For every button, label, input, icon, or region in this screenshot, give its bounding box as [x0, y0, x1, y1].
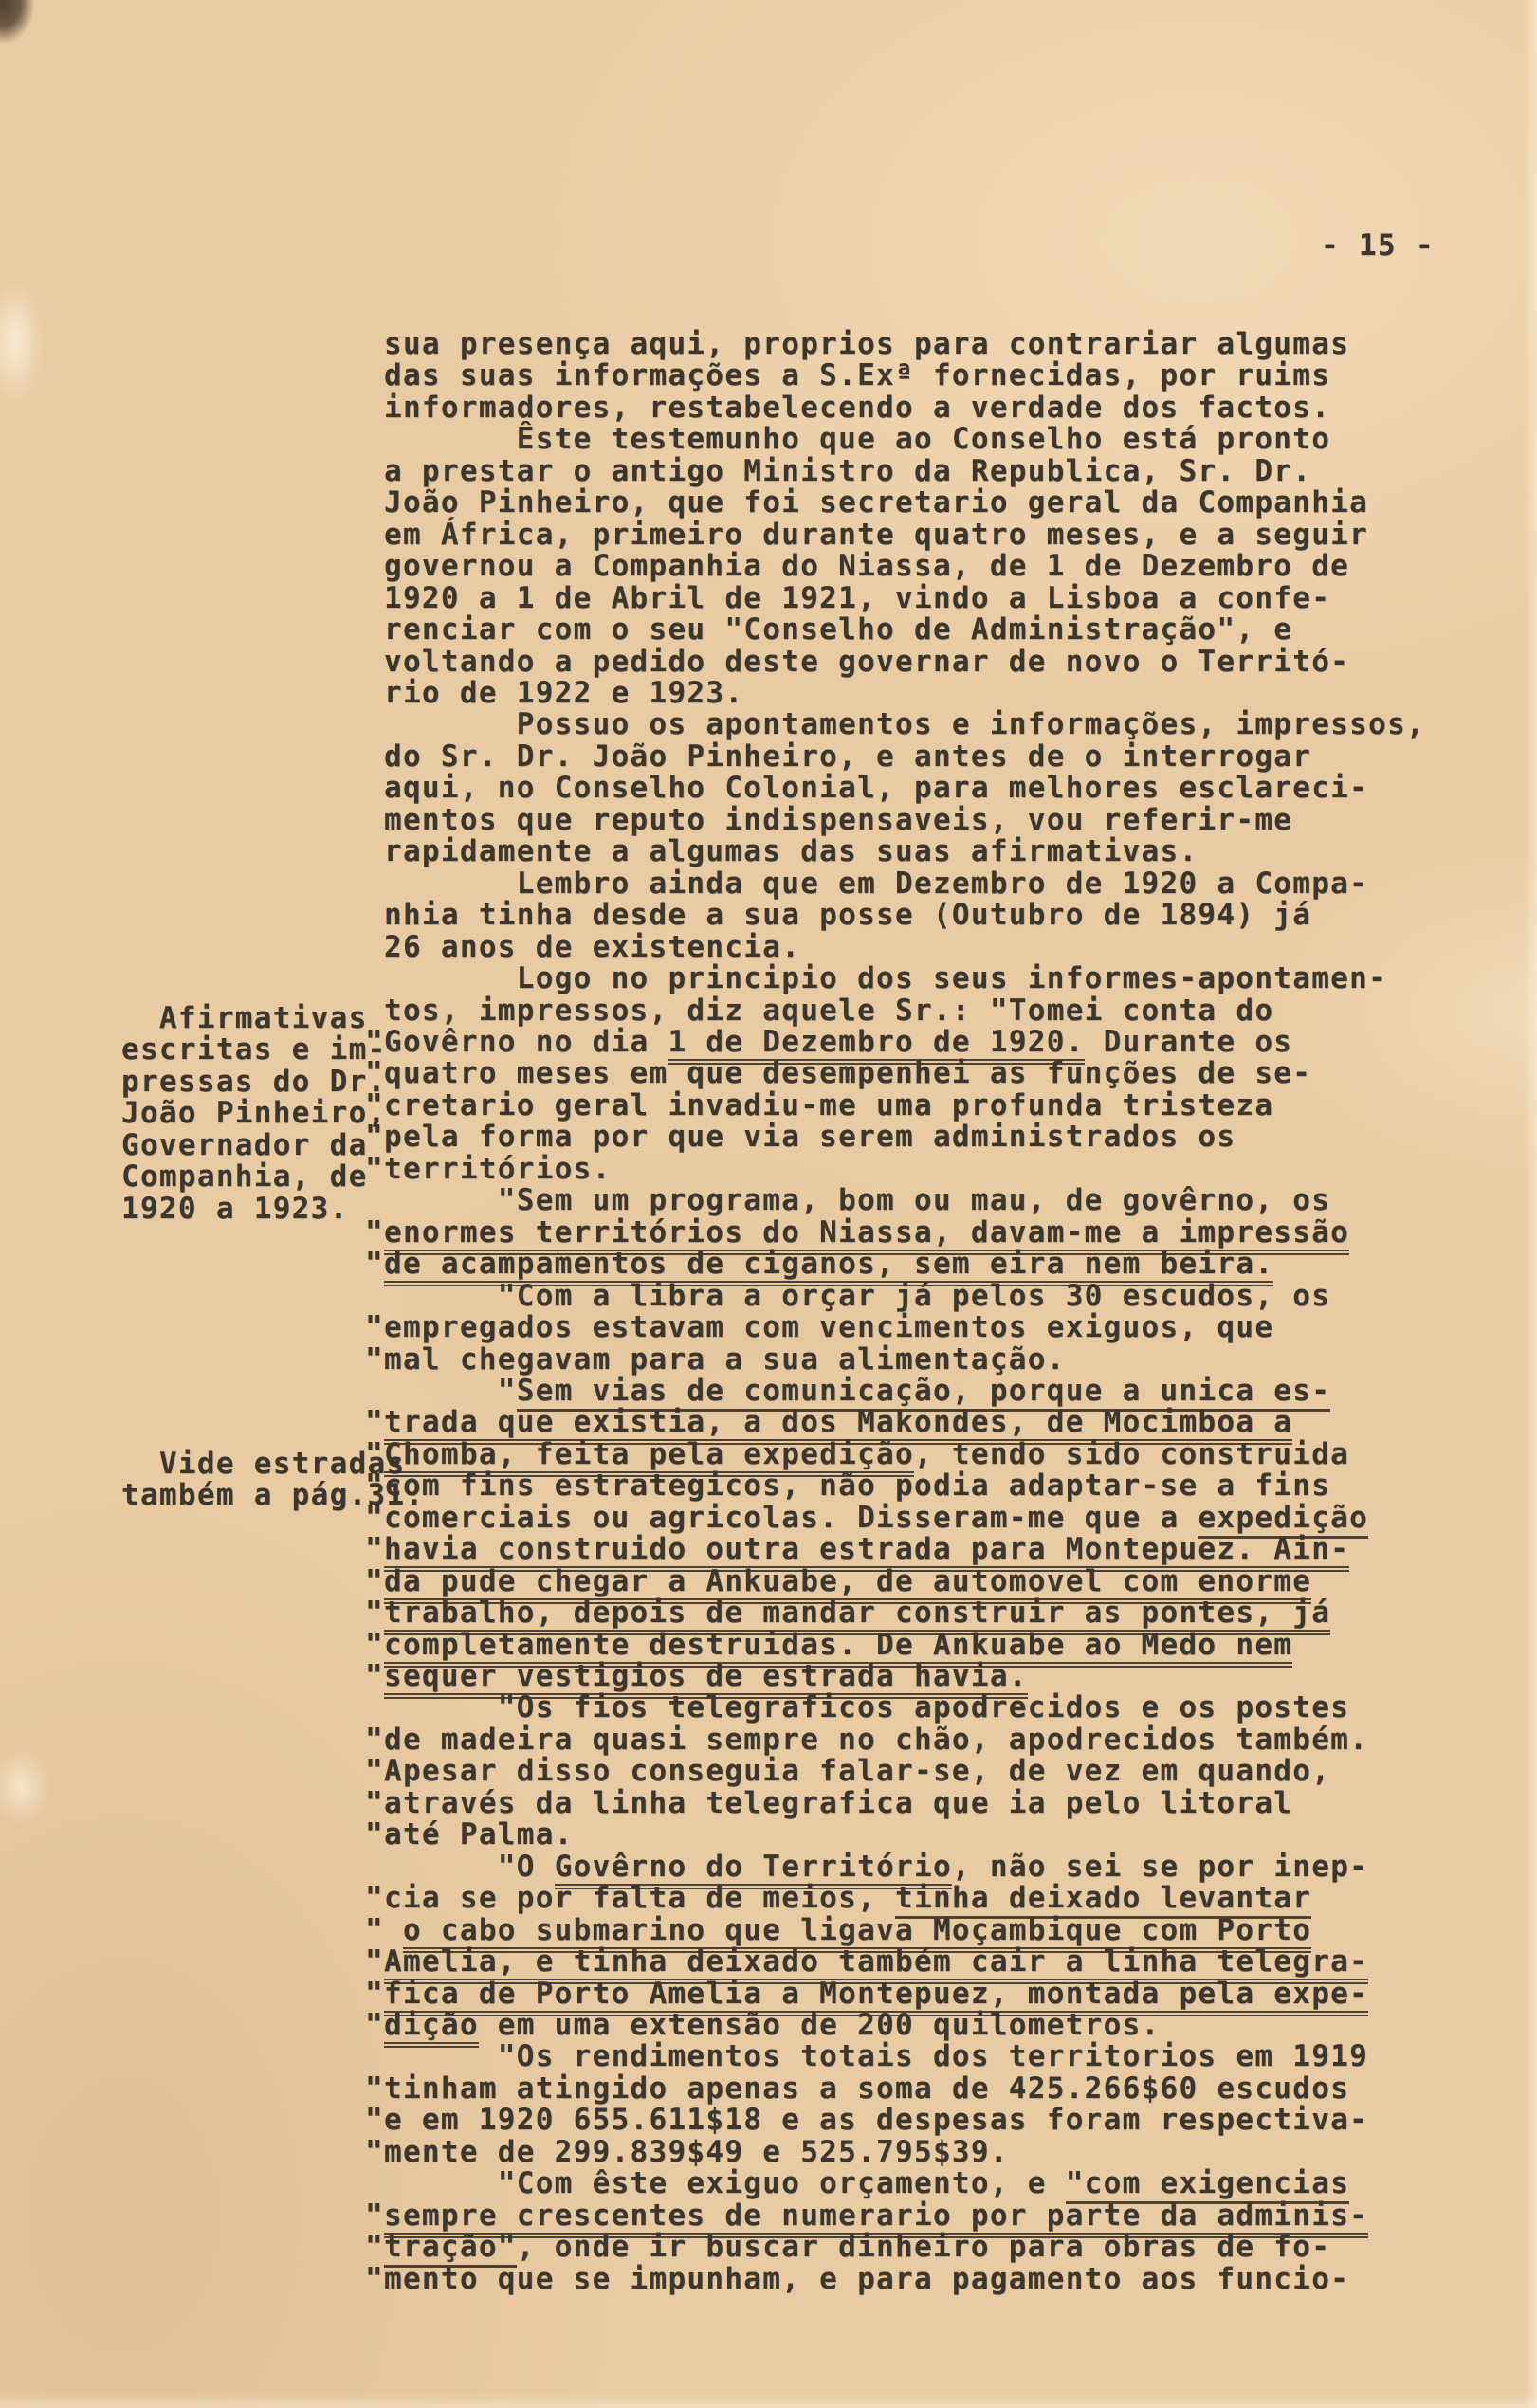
margin-note-line: João Pinheiro,: [121, 1098, 387, 1129]
hanging-quote-mark: ": [365, 1312, 384, 1343]
paper-stain-bottom-left: [0, 1749, 51, 1825]
hanging-quote-mark: ": [365, 1756, 384, 1787]
hanging-quote-mark: ": [365, 1597, 384, 1629]
paper-edge-right: [1524, 0, 1537, 2408]
text-line: "dição em uma extensão de 200 quilometro…: [384, 2010, 1425, 2041]
text-line: "com fins estrategicos, não podia adapta…: [384, 1470, 1425, 1502]
text-line: do Sr. Dr. João Pinheiro, e antes de o i…: [384, 741, 1425, 773]
hanging-quote-mark: ": [365, 1883, 384, 1914]
text-line: "territórios.: [384, 1154, 1425, 1185]
text-line: nhia tinha desde a sua posse (Outubro de…: [384, 900, 1425, 931]
margin-note-line: Companhia, de: [121, 1161, 387, 1193]
hanging-quote-mark: ": [365, 1439, 384, 1470]
text-line: "tinham atingido apenas a soma de 425.26…: [384, 2073, 1425, 2105]
hanging-quote-mark: ": [365, 1122, 384, 1153]
text-line: "fica de Porto Amelia a Montepuez, monta…: [384, 1979, 1425, 2010]
hanging-quote-mark: ": [365, 1534, 384, 1565]
text-line: "tração", onde ir buscar dinheiro para o…: [384, 2232, 1425, 2263]
text-line: "mente de 299.839$49 e 525.795$39.: [384, 2137, 1425, 2168]
hanging-quote-mark: ": [365, 2200, 384, 2232]
text-line: Êste testemunho que ao Conselho está pro…: [384, 424, 1425, 455]
hanging-quote-mark: ": [365, 2105, 384, 2136]
hanging-quote-mark: ": [365, 1407, 384, 1438]
hanging-quote-mark: ": [365, 1154, 384, 1185]
text-line: João Pinheiro, que foi secretario geral …: [384, 487, 1425, 519]
text-line: "enormes territórios do Niassa, davam-me…: [384, 1217, 1425, 1249]
text-line: "quatro meses em que desempenhei as funç…: [384, 1058, 1425, 1089]
text-line: "Sem vias de comunicação, porque a unica…: [384, 1376, 1425, 1407]
text-line: "cretario geral invadiu-me uma profunda …: [384, 1090, 1425, 1122]
text-line: mentos que reputo indispensaveis, vou re…: [384, 805, 1425, 836]
margin-note-line: Afirmativas: [121, 1003, 387, 1034]
margin-note-line: escritas e im-: [121, 1034, 387, 1066]
paper-edge-bottom: [0, 2393, 1537, 2408]
text-line: "empregados estavam com vencimentos exig…: [384, 1312, 1425, 1343]
text-line: "Chomba, feita pela expedição, tendo sid…: [384, 1439, 1425, 1470]
hanging-quote-mark: ": [365, 1027, 384, 1058]
margin-note-line: 1920 a 1923.: [121, 1194, 387, 1225]
hanging-quote-mark: ": [365, 1344, 384, 1376]
text-line: "trada que existia, a dos Makondes, de M…: [384, 1407, 1425, 1438]
text-line: Lembro ainda que em Dezembro de 1920 a C…: [384, 868, 1425, 900]
hanging-quote-mark: ": [365, 1503, 384, 1534]
margin-note-affirmations: Afirmativasescritas e im-pressas do Dr.J…: [121, 1003, 387, 1225]
hanging-quote-mark: ": [365, 2073, 384, 2105]
text-line: "mento que se impunham, e para pagamento…: [384, 2264, 1425, 2295]
margin-note-line: pressas do Dr.: [121, 1067, 387, 1098]
hanging-quote-mark: ": [365, 1217, 384, 1249]
hanging-quote-mark: ": [365, 1058, 384, 1089]
text-line: voltando a pedido deste governar de novo…: [384, 647, 1425, 678]
paper-stain-corner: [0, 0, 34, 44]
text-line: "Govêrno no dia 1 de Dezembro de 1920. D…: [384, 1027, 1425, 1058]
hanging-quote-mark: ": [365, 2232, 384, 2263]
hanging-quote-mark: ": [365, 2010, 384, 2041]
text-line: "através da linha telegrafica que ia pel…: [384, 1788, 1425, 1819]
text-line: aqui, no Conselho Colonial, para melhore…: [384, 773, 1425, 804]
text-line: 26 anos de existencia.: [384, 932, 1425, 963]
hanging-quote-mark: ": [365, 1819, 384, 1851]
text-line: tos, impressos, diz aquele Sr.: "Tomei c…: [384, 995, 1425, 1027]
hanging-quote-mark: ": [365, 1661, 384, 1692]
text-line: a prestar o antigo Ministro da Republica…: [384, 456, 1425, 487]
hanging-quote-mark: ": [365, 1470, 384, 1502]
hanging-quote-mark: ": [365, 1724, 384, 1756]
text-line: renciar com o seu "Conselho de Administr…: [384, 614, 1425, 646]
margin-note-line: Governador da: [121, 1130, 387, 1161]
text-line: "Com êste exiguo orçamento, e "com exige…: [384, 2168, 1425, 2199]
text-line: " o cabo submarino que ligava Moçambique…: [384, 1915, 1425, 1946]
hanging-quote-mark: ": [365, 1979, 384, 2010]
typewritten-text: sua presença aqui, proprios para contrar…: [384, 329, 1425, 2295]
hanging-quote-mark: ": [365, 1915, 384, 1946]
text-line: "pela forma por que via serem administra…: [384, 1122, 1425, 1153]
text-line: "trabalho, depois de mandar construir as…: [384, 1597, 1425, 1629]
text-line: "Com a libra a orçar já pelos 30 escudos…: [384, 1281, 1425, 1312]
text-line: Logo no principio dos seus informes-apon…: [384, 963, 1425, 994]
text-line: governou a Companhia do Niassa, de 1 de …: [384, 551, 1425, 582]
hanging-quote-mark: ": [365, 2264, 384, 2295]
text-line: "Sem um programa, bom ou mau, de govêrno…: [384, 1185, 1425, 1216]
page-number: - 15 -: [1321, 230, 1435, 262]
hanging-quote-mark: ": [365, 1566, 384, 1597]
text-line: das suas informações a S.Exª fornecidas,…: [384, 360, 1425, 392]
text-line: sua presença aqui, proprios para contrar…: [384, 329, 1425, 360]
text-line: em África, primeiro durante quatro meses…: [384, 520, 1425, 551]
text-line: "da pude chegar a Ankuabe, de automovel …: [384, 1566, 1425, 1597]
text-line: "Amelia, e tinha deixado também cair a l…: [384, 1946, 1425, 1978]
text-line: "havia construido outra estrada para Mon…: [384, 1534, 1425, 1565]
hanging-quote-mark: ": [365, 1788, 384, 1819]
text-line: rio de 1922 e 1923.: [384, 678, 1425, 709]
text-line: "de madeira quasi sempre no chão, apodre…: [384, 1724, 1425, 1756]
text-line: "sempre crescentes de numerario por part…: [384, 2200, 1425, 2232]
text-line: "comerciais ou agricolas. Disseram-me qu…: [384, 1503, 1425, 1534]
text-line: "de acampamentos de ciganos, sem eira ne…: [384, 1249, 1425, 1280]
text-line: Possuo os apontamentos e informações, im…: [384, 709, 1425, 740]
text-line: "cia se por falta de meios, tinha deixad…: [384, 1883, 1425, 1914]
text-line: "até Palma.: [384, 1819, 1425, 1851]
text-line: "Apesar disso conseguia falar-se, de vez…: [384, 1756, 1425, 1787]
text-line: "mal chegavam para a sua alimentação.: [384, 1344, 1425, 1376]
paper-stain-left: [0, 281, 44, 404]
text-line: rapidamente a algumas das suas afirmativ…: [384, 836, 1425, 867]
text-line: "Os fios telegraficos apodrecidos e os p…: [384, 1692, 1425, 1724]
text-line: informadores, restabelecendo a verdade d…: [384, 392, 1425, 424]
hanging-quote-mark: ": [365, 1090, 384, 1122]
hanging-quote-mark: ": [365, 1249, 384, 1280]
text-line: "Os rendimentos totais dos territorios e…: [384, 2041, 1425, 2072]
hanging-quote-mark: ": [365, 1946, 384, 1978]
document-page: - 15 - Afirmativasescritas e im-pressas …: [0, 0, 1537, 2408]
text-line: "sequer vestigios de estrada havia.: [384, 1661, 1425, 1692]
text-line: 1920 a 1 de Abril de 1921, vindo a Lisbo…: [384, 583, 1425, 614]
hanging-quote-mark: ": [365, 2137, 384, 2168]
hanging-quote-mark: ": [365, 1630, 384, 1661]
text-line: "O Govêrno do Território, não sei se por…: [384, 1852, 1425, 1883]
text-line: "e em 1920 655.611$18 e as despesas fora…: [384, 2105, 1425, 2136]
text-line: "completamente destruidas. De Ankuabe ao…: [384, 1630, 1425, 1661]
